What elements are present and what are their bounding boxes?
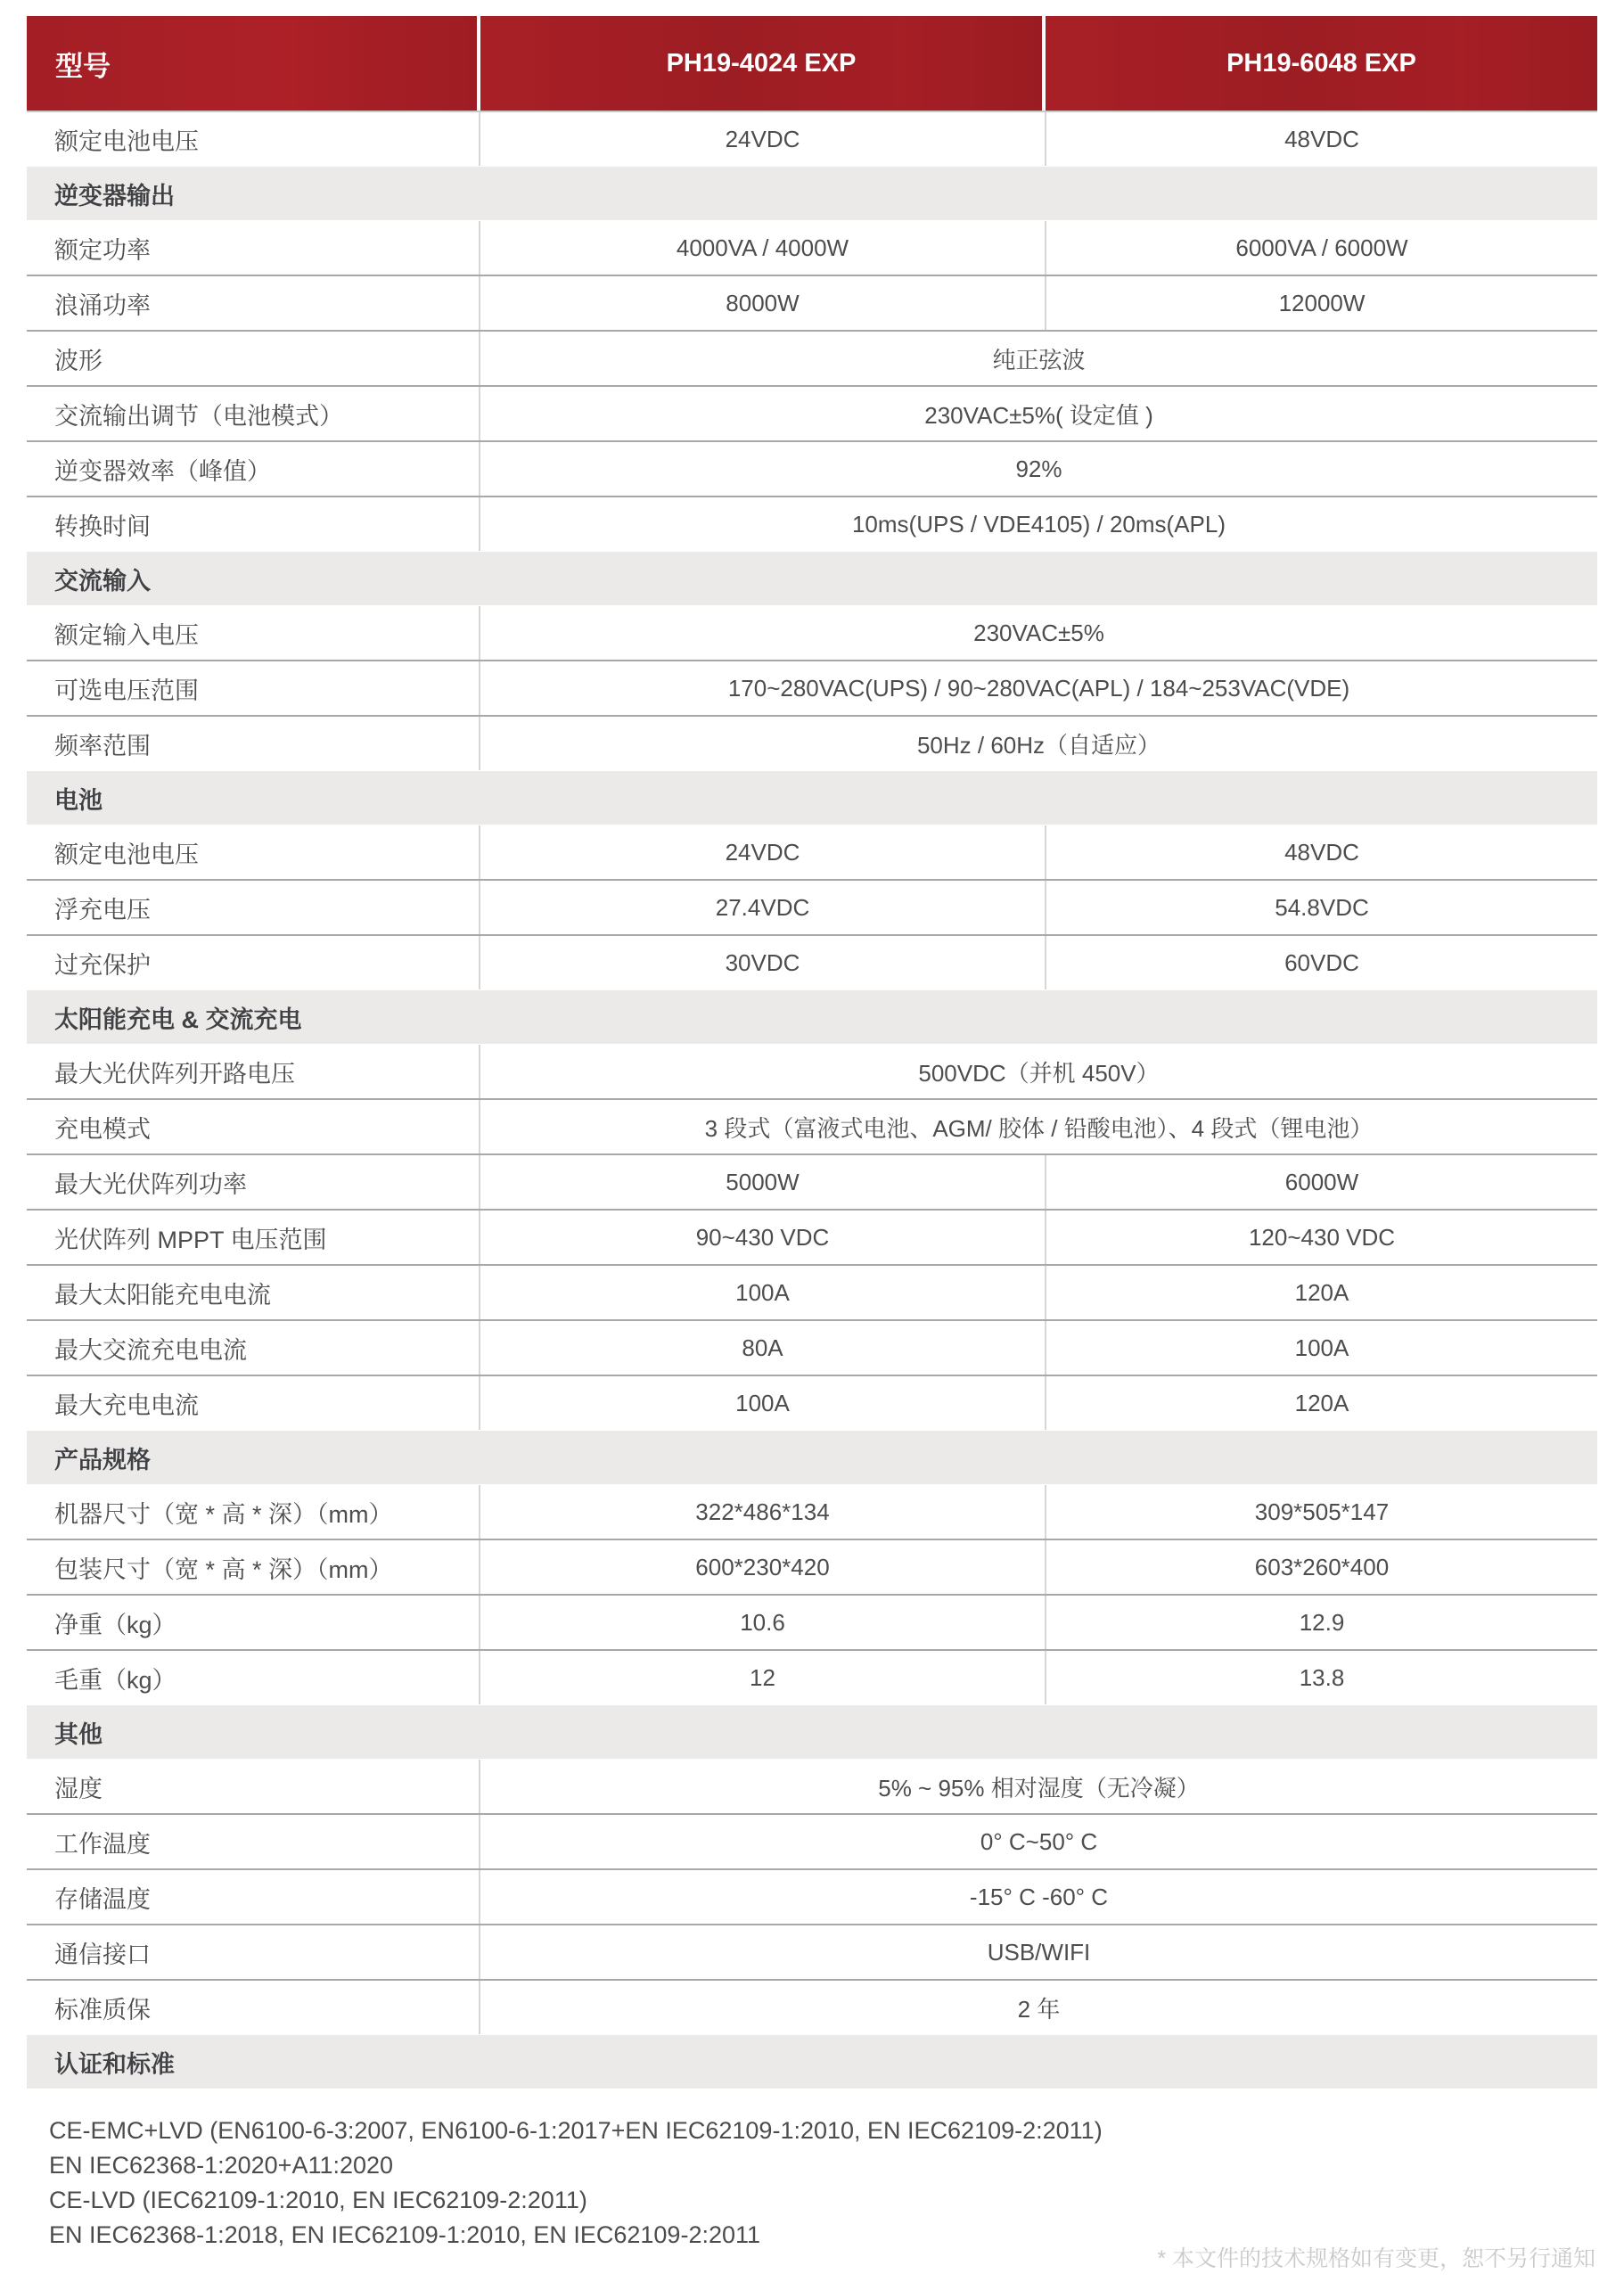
row-value: 13.8 <box>1045 1651 1597 1704</box>
row-label: 额定电池电压 <box>27 825 479 879</box>
row-label: 额定电池电压 <box>27 112 479 166</box>
table-row: 额定输入电压230VAC±5% <box>27 606 1597 660</box>
table-row: 充电模式3 段式（富液式电池、AGM/ 胶体 / 铅酸电池）、4 段式（锂电池） <box>27 1098 1597 1153</box>
row-value: 8000W <box>479 276 1045 330</box>
column-header-ph19-4024: PH19-4024 EXP <box>480 16 1042 111</box>
row-label: 通信接口 <box>27 1925 479 1979</box>
section-label: 交流输入 <box>27 562 151 596</box>
section-header: 电池 <box>27 771 1597 825</box>
row-label: 最大光伏阵列开路电压 <box>27 1045 479 1098</box>
section-label: 太阳能充电 & 交流充电 <box>27 1000 302 1035</box>
row-value: 322*486*134 <box>479 1485 1045 1539</box>
table-row: 最大交流充电电流80A100A <box>27 1319 1597 1375</box>
row-value: 309*505*147 <box>1045 1485 1597 1539</box>
row-value-span: 230VAC±5% <box>479 606 1597 660</box>
model-row-header-label: 型号 <box>55 44 111 84</box>
spec-table: 型号 PH19-4024 EXP PH19-6048 EXP 额定电池电压24V… <box>27 16 1597 2089</box>
row-label: 最大太阳能充电电流 <box>27 1266 479 1319</box>
row-label: 充电模式 <box>27 1100 479 1153</box>
table-row: 转换时间10ms(UPS / VDE4105) / 20ms(APL) <box>27 496 1597 551</box>
row-label: 毛重（kg） <box>27 1651 479 1704</box>
row-value-span: 170~280VAC(UPS) / 90~280VAC(APL) / 184~2… <box>479 661 1597 715</box>
row-label: 浮充电压 <box>27 881 479 934</box>
row-label: 净重（kg） <box>27 1596 479 1649</box>
row-value-span: 3 段式（富液式电池、AGM/ 胶体 / 铅酸电池）、4 段式（锂电池） <box>479 1100 1597 1153</box>
table-row: 工作温度0° C~50° C <box>27 1813 1597 1868</box>
certifications-block: CE-EMC+LVD (EN6100-6-3:2007, EN6100-6-1:… <box>27 2114 1597 2253</box>
section-label: 电池 <box>27 781 103 816</box>
row-value: 60VDC <box>1045 936 1597 989</box>
row-value: 12 <box>479 1651 1045 1704</box>
row-value: 24VDC <box>479 112 1045 166</box>
footnote: * 本文件的技术规格如有变更，恕不另行通知 <box>1157 2241 1595 2273</box>
section-label: 逆变器输出 <box>27 176 175 211</box>
section-label: 认证和标准 <box>27 2045 175 2080</box>
row-value: 100A <box>479 1266 1045 1319</box>
row-value-span: 0° C~50° C <box>479 1815 1597 1868</box>
row-value-span: 2 年 <box>479 1981 1597 2034</box>
row-value: 27.4VDC <box>479 881 1045 934</box>
row-value: 600*230*420 <box>479 1540 1045 1594</box>
row-value: 30VDC <box>479 936 1045 989</box>
table-body: 额定电池电压24VDC48VDC逆变器输出额定功率4000VA / 4000W6… <box>27 112 1597 2089</box>
row-label: 可选电压范围 <box>27 661 479 715</box>
table-row: 存储温度-15° C -60° C <box>27 1868 1597 1924</box>
certification-line: CE-LVD (IEC62109-1:2010, EN IEC62109-2:2… <box>49 2183 1597 2218</box>
row-value: 120A <box>1045 1266 1597 1319</box>
section-label: 其他 <box>27 1715 103 1750</box>
row-value: 6000W <box>1045 1155 1597 1209</box>
row-value: 48VDC <box>1045 825 1597 879</box>
row-value-span: 50Hz / 60Hz（自适应） <box>479 717 1597 770</box>
table-row: 额定电池电压24VDC48VDC <box>27 112 1597 166</box>
table-row: 额定功率4000VA / 4000W6000VA / 6000W <box>27 221 1597 275</box>
row-value: 12000W <box>1045 276 1597 330</box>
row-value: 120~430 VDC <box>1045 1211 1597 1264</box>
table-row: 光伏阵列 MPPT 电压范围90~430 VDC120~430 VDC <box>27 1209 1597 1264</box>
row-value: 100A <box>1045 1321 1597 1375</box>
table-header: 型号 PH19-4024 EXP PH19-6048 EXP <box>27 16 1597 112</box>
table-row: 最大光伏阵列开路电压500VDC（并机 450V） <box>27 1045 1597 1098</box>
row-label: 转换时间 <box>27 497 479 551</box>
row-label: 浪涌功率 <box>27 276 479 330</box>
row-label: 额定输入电压 <box>27 606 479 660</box>
row-label: 包装尺寸（宽 * 高 * 深）（mm） <box>27 1540 479 1594</box>
table-row: 可选电压范围170~280VAC(UPS) / 90~280VAC(APL) /… <box>27 660 1597 715</box>
row-value-span: 5% ~ 95% 相对湿度（无冷凝） <box>479 1760 1597 1813</box>
certification-line: CE-EMC+LVD (EN6100-6-3:2007, EN6100-6-1:… <box>49 2114 1597 2148</box>
table-row: 标准质保2 年 <box>27 1979 1597 2034</box>
row-label: 湿度 <box>27 1760 479 1813</box>
row-label: 标准质保 <box>27 1981 479 2034</box>
section-label: 产品规格 <box>27 1441 151 1475</box>
model-row-header: 型号 <box>27 16 477 111</box>
spec-sheet-page: 型号 PH19-4024 EXP PH19-6048 EXP 额定电池电压24V… <box>0 0 1624 2253</box>
table-row: 浮充电压27.4VDC54.8VDC <box>27 879 1597 934</box>
row-label: 存储温度 <box>27 1870 479 1924</box>
row-value: 603*260*400 <box>1045 1540 1597 1594</box>
row-value-span: 10ms(UPS / VDE4105) / 20ms(APL) <box>479 497 1597 551</box>
row-label: 逆变器效率（峰值） <box>27 442 479 496</box>
section-header: 逆变器输出 <box>27 167 1597 220</box>
section-header: 太阳能充电 & 交流充电 <box>27 990 1597 1044</box>
column-header-ph19-6048-label: PH19-6048 EXP <box>1226 49 1416 78</box>
row-label: 额定功率 <box>27 221 479 275</box>
row-value-span: -15° C -60° C <box>479 1870 1597 1924</box>
table-row: 过充保护30VDC60VDC <box>27 934 1597 989</box>
row-label: 交流输出调节（电池模式） <box>27 387 479 440</box>
table-row: 交流输出调节（电池模式）230VAC±5%( 设定值 ) <box>27 385 1597 440</box>
row-value: 100A <box>479 1376 1045 1430</box>
row-value: 5000W <box>479 1155 1045 1209</box>
row-value-span: 纯正弦波 <box>479 332 1597 385</box>
table-row: 额定电池电压24VDC48VDC <box>27 825 1597 879</box>
row-value: 24VDC <box>479 825 1045 879</box>
row-label: 波形 <box>27 332 479 385</box>
row-value-span: 92% <box>479 442 1597 496</box>
row-value: 48VDC <box>1045 112 1597 166</box>
table-row: 机器尺寸（宽 * 高 * 深）（mm）322*486*134309*505*14… <box>27 1485 1597 1539</box>
row-label: 机器尺寸（宽 * 高 * 深）（mm） <box>27 1485 479 1539</box>
table-row: 最大太阳能充电电流100A120A <box>27 1264 1597 1319</box>
certification-line: EN IEC62368-1:2020+A11:2020 <box>49 2148 1597 2183</box>
table-row: 最大充电电流100A120A <box>27 1375 1597 1430</box>
table-row: 频率范围50Hz / 60Hz（自适应） <box>27 715 1597 770</box>
row-value-span: 500VDC（并机 450V） <box>479 1045 1597 1098</box>
row-value: 6000VA / 6000W <box>1045 221 1597 275</box>
table-row: 湿度5% ~ 95% 相对湿度（无冷凝） <box>27 1760 1597 1813</box>
row-label: 最大光伏阵列功率 <box>27 1155 479 1209</box>
row-value: 120A <box>1045 1376 1597 1430</box>
column-header-ph19-4024-label: PH19-4024 EXP <box>667 49 857 78</box>
row-label: 最大交流充电电流 <box>27 1321 479 1375</box>
table-row: 净重（kg）10.612.9 <box>27 1594 1597 1649</box>
table-row: 浪涌功率8000W12000W <box>27 275 1597 330</box>
row-value-span: 230VAC±5%( 设定值 ) <box>479 387 1597 440</box>
row-value: 4000VA / 4000W <box>479 221 1045 275</box>
table-row: 最大光伏阵列功率5000W6000W <box>27 1153 1597 1209</box>
row-label: 频率范围 <box>27 717 479 770</box>
row-value: 80A <box>479 1321 1045 1375</box>
row-label: 工作温度 <box>27 1815 479 1868</box>
section-header: 其他 <box>27 1705 1597 1759</box>
row-label: 过充保护 <box>27 936 479 989</box>
row-value-span: USB/WIFI <box>479 1925 1597 1979</box>
row-label: 最大充电电流 <box>27 1376 479 1430</box>
table-row: 包装尺寸（宽 * 高 * 深）（mm）600*230*420603*260*40… <box>27 1539 1597 1594</box>
row-value: 10.6 <box>479 1596 1045 1649</box>
row-value: 90~430 VDC <box>479 1211 1045 1264</box>
table-row: 毛重（kg）1213.8 <box>27 1649 1597 1704</box>
row-value: 12.9 <box>1045 1596 1597 1649</box>
row-value: 54.8VDC <box>1045 881 1597 934</box>
column-header-ph19-6048: PH19-6048 EXP <box>1046 16 1597 111</box>
row-label: 光伏阵列 MPPT 电压范围 <box>27 1211 479 1264</box>
table-row: 逆变器效率（峰值）92% <box>27 440 1597 496</box>
section-header: 交流输入 <box>27 552 1597 605</box>
section-header: 认证和标准 <box>27 2035 1597 2089</box>
table-row: 波形纯正弦波 <box>27 330 1597 385</box>
table-row: 通信接口USB/WIFI <box>27 1924 1597 1979</box>
section-header: 产品规格 <box>27 1431 1597 1484</box>
